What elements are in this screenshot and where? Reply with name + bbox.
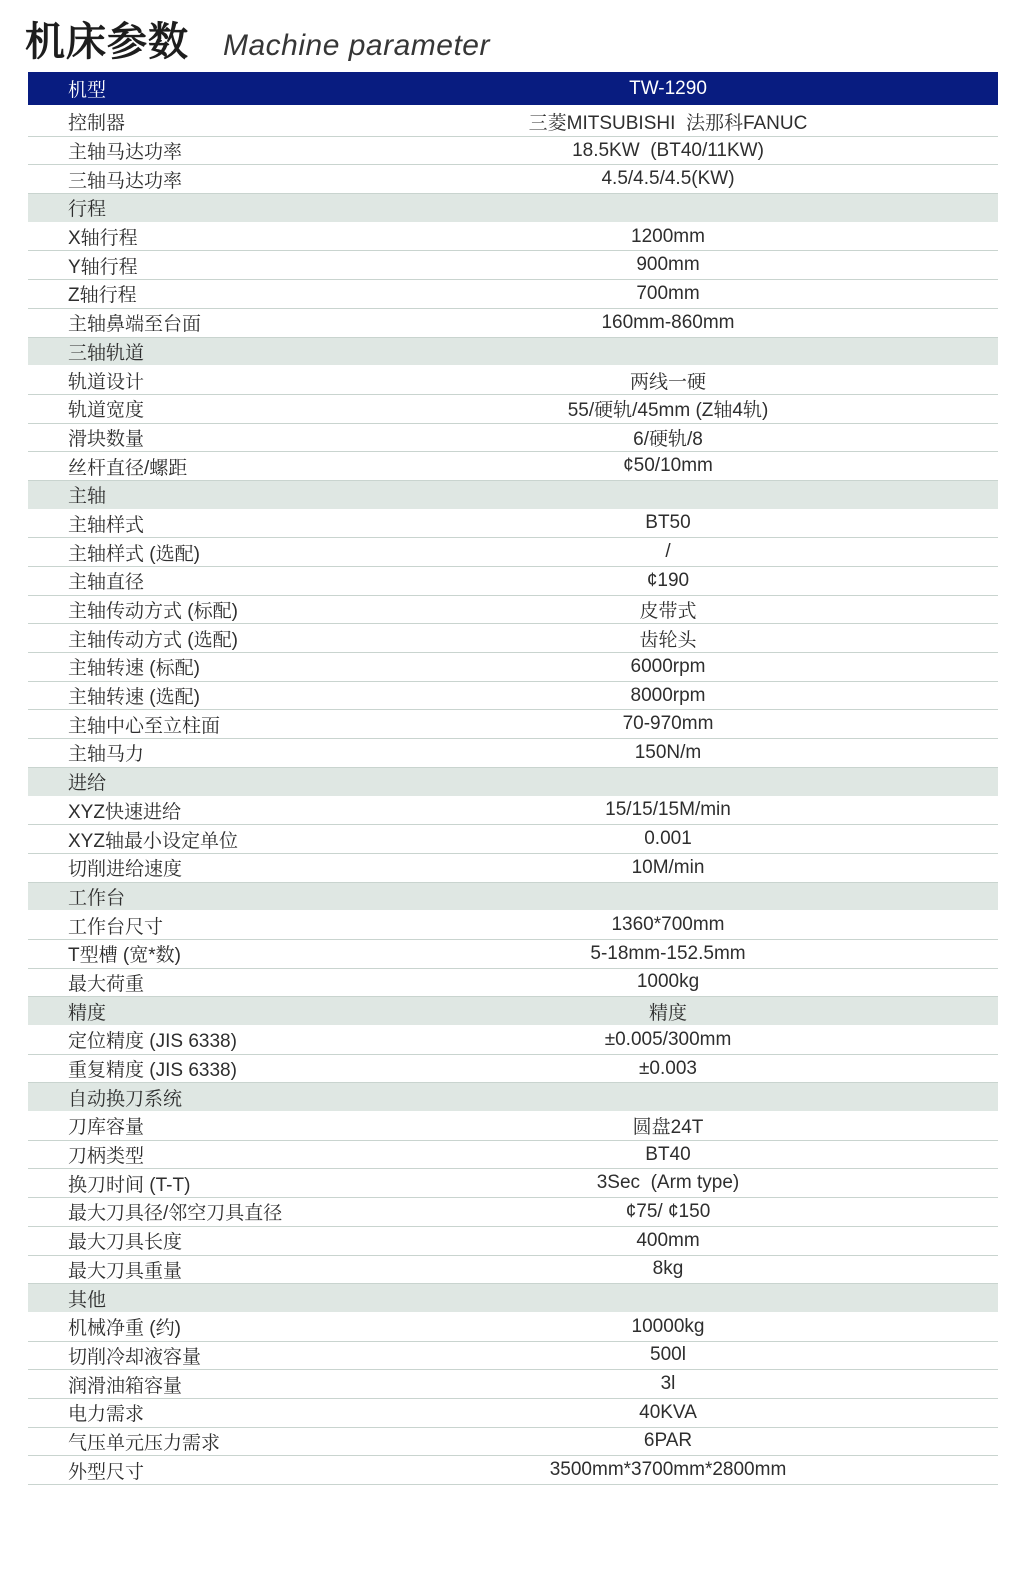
table-row: 定位精度 (JIS 6338)±0.005/300mm — [28, 1026, 998, 1055]
table-row: X轴行程1200mm — [28, 223, 998, 252]
row-label: 主轴传动方式 (标配) — [28, 596, 338, 623]
table-row: Z轴行程700mm — [28, 280, 998, 309]
row-value: 150N/m — [338, 742, 998, 764]
row-value: 4.5/4.5/4.5(KW) — [338, 168, 998, 190]
row-label: 主轴鼻端至台面 — [28, 309, 338, 336]
table-row: 控制器三菱MITSUBISHI 法那科FANUC — [28, 108, 998, 137]
row-label: 最大刀具重量 — [28, 1256, 338, 1283]
table-row: 最大刀具长度400mm — [28, 1227, 998, 1256]
row-label: 最大刀具径/邻空刀具直径 — [28, 1198, 338, 1225]
row-value: 900mm — [338, 254, 998, 276]
row-value: 5-18mm-152.5mm — [338, 943, 998, 965]
row-label: T型槽 (宽*数) — [28, 940, 338, 967]
table-row: 主轴传动方式 (标配)皮带式 — [28, 596, 998, 625]
table-row: Y轴行程900mm — [28, 251, 998, 280]
page-title-chinese: 机床参数 — [25, 10, 189, 67]
row-label: 刀柄类型 — [28, 1141, 338, 1168]
row-label: 三轴马达功率 — [28, 166, 338, 193]
row-value: 10000kg — [338, 1316, 998, 1338]
row-value: 3500mm*3700mm*2800mm — [338, 1459, 998, 1481]
table-row: 外型尺寸3500mm*3700mm*2800mm — [28, 1456, 998, 1485]
row-label: 行程 — [28, 194, 338, 221]
row-label: 机械净重 (约) — [28, 1313, 338, 1340]
table-body: 控制器三菱MITSUBISHI 法那科FANUC主轴马达功率18.5KW (BT… — [28, 108, 998, 1485]
row-value: 8000rpm — [338, 685, 998, 707]
row-label: 主轴转速 (标配) — [28, 653, 338, 680]
row-label: 气压单元压力需求 — [28, 1428, 338, 1455]
row-label: 三轴轨道 — [28, 338, 338, 365]
row-value: 400mm — [338, 1230, 998, 1252]
table-row: 主轴马力150N/m — [28, 739, 998, 768]
row-label: 主轴中心至立柱面 — [28, 711, 338, 738]
row-label: X轴行程 — [28, 223, 338, 250]
row-value: 皮带式 — [338, 596, 998, 623]
row-value: 500l — [338, 1344, 998, 1366]
table-row: 丝杆直径/螺距¢50/10mm — [28, 452, 998, 481]
row-label: 主轴样式 (选配) — [28, 539, 338, 566]
row-label: 其他 — [28, 1285, 338, 1312]
row-label: 定位精度 (JIS 6338) — [28, 1026, 338, 1053]
row-value: BT50 — [338, 512, 998, 534]
row-label: 工作台尺寸 — [28, 912, 338, 939]
row-label: 丝杆直径/螺距 — [28, 453, 338, 480]
table-header-value: TW-1290 — [338, 78, 998, 100]
row-value: 两线一硬 — [338, 367, 998, 394]
table-row: 主轴传动方式 (选配)齿轮头 — [28, 624, 998, 653]
row-label: 切削进给速度 — [28, 854, 338, 881]
row-label: 主轴马达功率 — [28, 137, 338, 164]
section-row: 精度精度 — [28, 997, 998, 1026]
section-row: 主轴 — [28, 481, 998, 510]
row-label: 最大荷重 — [28, 969, 338, 996]
row-label: 主轴直径 — [28, 567, 338, 594]
table-row: 轨道宽度55/硬轨/45mm (Z轴4轨) — [28, 395, 998, 424]
section-row: 自动换刀系统 — [28, 1083, 998, 1112]
row-label: 切削冷却液容量 — [28, 1342, 338, 1369]
row-label: 电力需求 — [28, 1399, 338, 1426]
table-row: 切削进给速度10M/min — [28, 854, 998, 883]
row-label: 外型尺寸 — [28, 1457, 338, 1484]
table-row: 换刀时间 (T-T)3Sec (Arm type) — [28, 1169, 998, 1198]
table-row: 主轴鼻端至台面160mm-860mm — [28, 309, 998, 338]
row-label: 轨道宽度 — [28, 395, 338, 422]
table-row: 滑块数量6/硬轨/8 — [28, 424, 998, 453]
row-value: 精度 — [338, 998, 998, 1025]
row-value: 6000rpm — [338, 656, 998, 678]
row-value: 40KVA — [338, 1402, 998, 1424]
section-row: 三轴轨道 — [28, 338, 998, 367]
table-row: 刀柄类型BT40 — [28, 1141, 998, 1170]
table-row: 气压单元压力需求6PAR — [28, 1428, 998, 1457]
row-label: 工作台 — [28, 883, 338, 910]
page-title-english: Machine parameter — [223, 29, 490, 63]
row-value: 圆盘24T — [338, 1112, 998, 1139]
table-row: 刀库容量圆盘24T — [28, 1112, 998, 1141]
row-value: 18.5KW (BT40/11KW) — [338, 140, 998, 162]
row-value: ±0.003 — [338, 1058, 998, 1080]
table-row: 最大刀具重量8kg — [28, 1256, 998, 1285]
row-value: ¢50/10mm — [338, 455, 998, 477]
row-label: 滑块数量 — [28, 424, 338, 451]
page-title: 机床参数 Machine parameter — [0, 0, 1026, 62]
row-value: 1000kg — [338, 971, 998, 993]
row-label: 刀库容量 — [28, 1112, 338, 1139]
table-row: 主轴样式 (选配)/ — [28, 538, 998, 567]
row-label: 主轴马力 — [28, 739, 338, 766]
table-row: T型槽 (宽*数)5-18mm-152.5mm — [28, 940, 998, 969]
row-value: 10M/min — [338, 857, 998, 879]
table-row: XYZ轴最小设定单位0.001 — [28, 825, 998, 854]
table-row: 重复精度 (JIS 6338)±0.003 — [28, 1055, 998, 1084]
row-label: 主轴样式 — [28, 510, 338, 537]
row-label: 润滑油箱容量 — [28, 1371, 338, 1398]
machine-parameter-table: 机型 TW-1290 控制器三菱MITSUBISHI 法那科FANUC主轴马达功… — [28, 72, 998, 1485]
row-value: 齿轮头 — [338, 625, 998, 652]
row-label: XYZ快速进给 — [28, 797, 338, 824]
row-value: 0.001 — [338, 828, 998, 850]
row-value: BT40 — [338, 1144, 998, 1166]
row-value: / — [338, 541, 998, 563]
row-value: 15/15/15M/min — [338, 799, 998, 821]
table-row: 轨道设计两线一硬 — [28, 366, 998, 395]
table-row: 最大荷重1000kg — [28, 969, 998, 998]
section-row: 工作台 — [28, 883, 998, 912]
section-row: 进给 — [28, 768, 998, 797]
section-row: 行程 — [28, 194, 998, 223]
row-label: 主轴传动方式 (选配) — [28, 625, 338, 652]
row-label: 轨道设计 — [28, 367, 338, 394]
table-header-row: 机型 TW-1290 — [28, 72, 998, 105]
row-label: 主轴转速 (选配) — [28, 682, 338, 709]
row-value: 700mm — [338, 283, 998, 305]
row-value: ¢75/ ¢150 — [338, 1201, 998, 1223]
row-value: 6PAR — [338, 1430, 998, 1452]
spec-sheet-page: 机床参数 Machine parameter 机型 TW-1290 控制器三菱M… — [0, 0, 1026, 1589]
row-label: 换刀时间 (T-T) — [28, 1170, 338, 1197]
row-value: 70-970mm — [338, 713, 998, 735]
row-value: 1360*700mm — [338, 914, 998, 936]
table-row: 主轴马达功率18.5KW (BT40/11KW) — [28, 137, 998, 166]
row-label: 最大刀具长度 — [28, 1227, 338, 1254]
row-value: 三菱MITSUBISHI 法那科FANUC — [338, 108, 998, 135]
table-row: 机械净重 (约)10000kg — [28, 1313, 998, 1342]
row-label: 进给 — [28, 768, 338, 795]
table-row: 润滑油箱容量3l — [28, 1370, 998, 1399]
row-label: XYZ轴最小设定单位 — [28, 826, 338, 853]
row-value: 6/硬轨/8 — [338, 424, 998, 451]
table-row: 主轴转速 (标配)6000rpm — [28, 653, 998, 682]
table-row: 切削冷却液容量500l — [28, 1342, 998, 1371]
table-row: 主轴直径¢190 — [28, 567, 998, 596]
row-value: 1200mm — [338, 226, 998, 248]
table-row: 最大刀具径/邻空刀具直径¢75/ ¢150 — [28, 1198, 998, 1227]
row-label: 控制器 — [28, 108, 338, 135]
row-label: 自动换刀系统 — [28, 1084, 338, 1111]
row-label: 重复精度 (JIS 6338) — [28, 1055, 338, 1082]
table-header-label: 机型 — [28, 75, 338, 102]
table-row: 主轴转速 (选配)8000rpm — [28, 682, 998, 711]
table-row: XYZ快速进给15/15/15M/min — [28, 797, 998, 826]
row-label: 主轴 — [28, 481, 338, 508]
row-value: 55/硬轨/45mm (Z轴4轨) — [338, 395, 998, 422]
table-row: 主轴样式BT50 — [28, 510, 998, 539]
row-value: 3Sec (Arm type) — [338, 1172, 998, 1194]
row-value: ±0.005/300mm — [338, 1029, 998, 1051]
table-row: 电力需求40KVA — [28, 1399, 998, 1428]
row-value: 8kg — [338, 1258, 998, 1280]
row-value: 160mm-860mm — [338, 312, 998, 334]
row-value: 3l — [338, 1373, 998, 1395]
row-label: 精度 — [28, 998, 338, 1025]
section-row: 其他 — [28, 1284, 998, 1313]
table-row: 工作台尺寸1360*700mm — [28, 911, 998, 940]
row-label: Y轴行程 — [28, 252, 338, 279]
row-label: Z轴行程 — [28, 280, 338, 307]
table-row: 主轴中心至立柱面70-970mm — [28, 710, 998, 739]
table-row: 三轴马达功率4.5/4.5/4.5(KW) — [28, 165, 998, 194]
row-value: ¢190 — [338, 570, 998, 592]
